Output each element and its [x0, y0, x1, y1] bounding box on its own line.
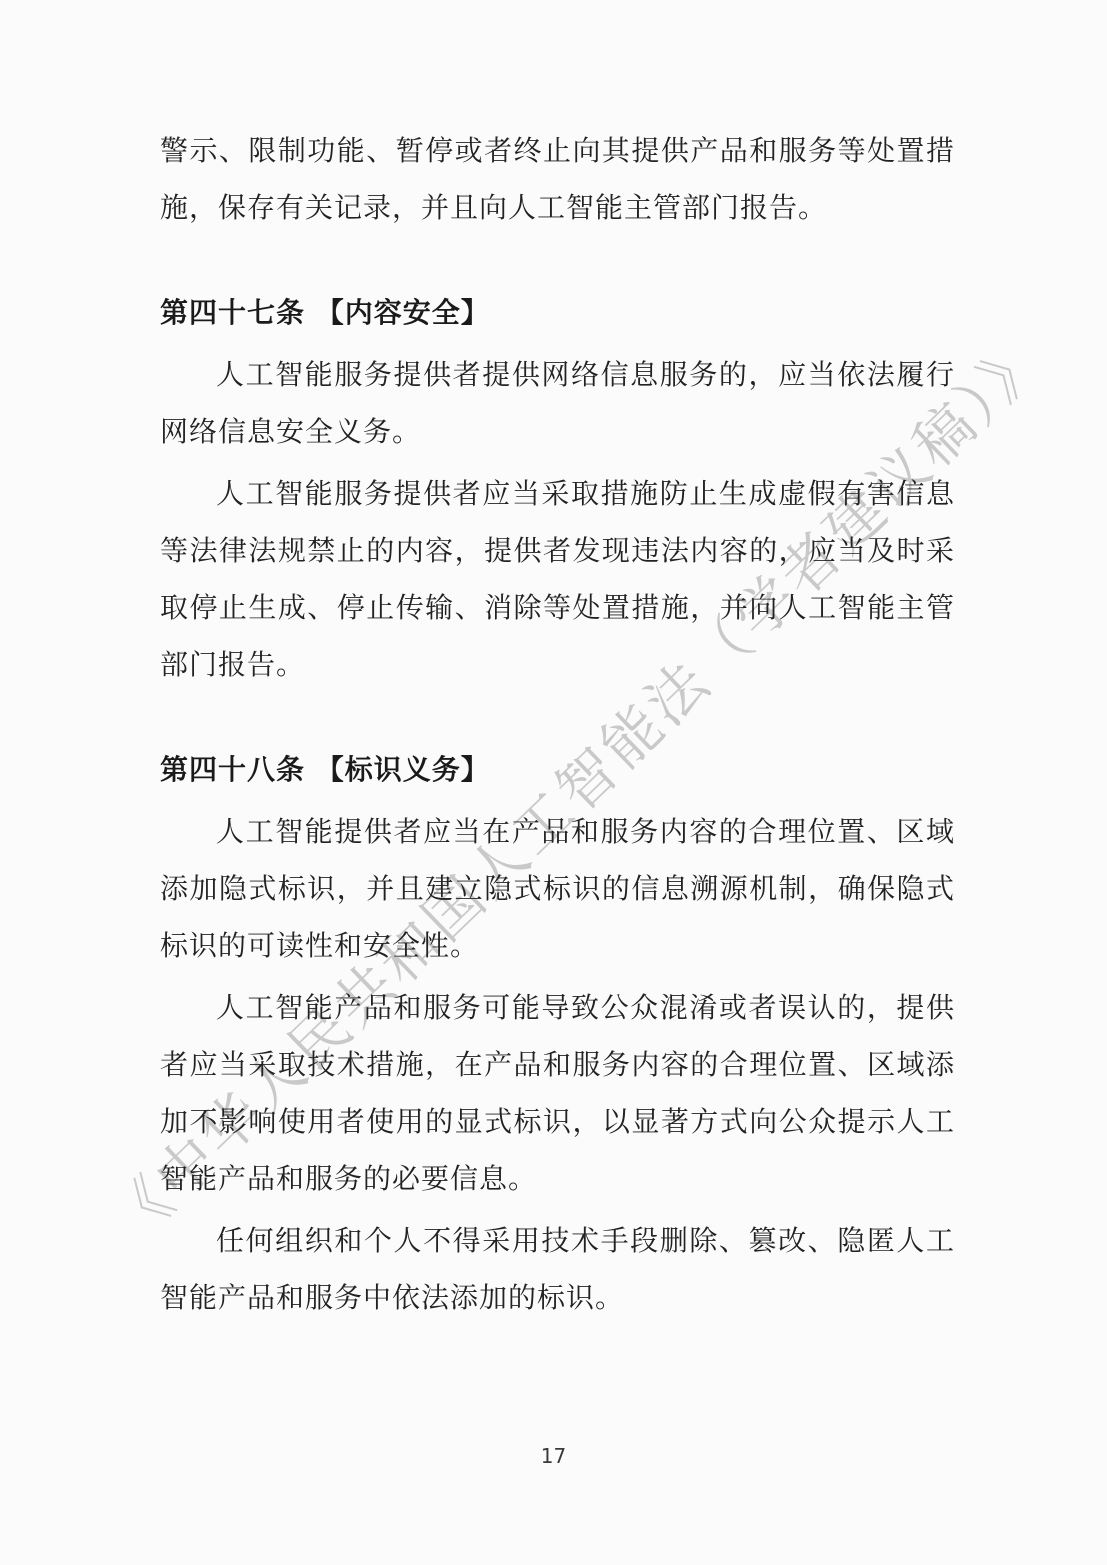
document-page: 《中华人民共和国人工智能法（学者建议稿）》 警示、限制功能、暂停或者终止向其提供… — [0, 0, 1107, 1565]
article-47-paragraph-1: 人工智能服务提供者提供网络信息服务的，应当依法履行网络信息安全义务。 — [160, 346, 955, 460]
article-47-paragraph-2: 人工智能服务提供者应当采取措施防止生成虚假有害信息等法律法规禁止的内容，提供者发… — [160, 465, 955, 693]
article-48-paragraph-2: 人工智能产品和服务可能导致公众混淆或者误认的，提供者应当采取技术措施，在产品和服… — [160, 979, 955, 1207]
article-48-heading: 第四十八条 【标识义务】 — [160, 741, 955, 798]
article-48-paragraph-1: 人工智能提供者应当在产品和服务内容的合理位置、区域添加隐式标识，并且建立隐式标识… — [160, 803, 955, 974]
page-number: 17 — [0, 1444, 1107, 1468]
paragraph-continuation: 警示、限制功能、暂停或者终止向其提供产品和服务等处置措施，保存有关记录，并且向人… — [160, 122, 955, 236]
article-48-paragraph-3: 任何组织和个人不得采用技术手段删除、篡改、隐匿人工智能产品和服务中依法添加的标识… — [160, 1212, 955, 1326]
page-content: 警示、限制功能、暂停或者终止向其提供产品和服务等处置措施，保存有关记录，并且向人… — [160, 122, 955, 1326]
article-47-heading: 第四十七条 【内容安全】 — [160, 284, 955, 341]
